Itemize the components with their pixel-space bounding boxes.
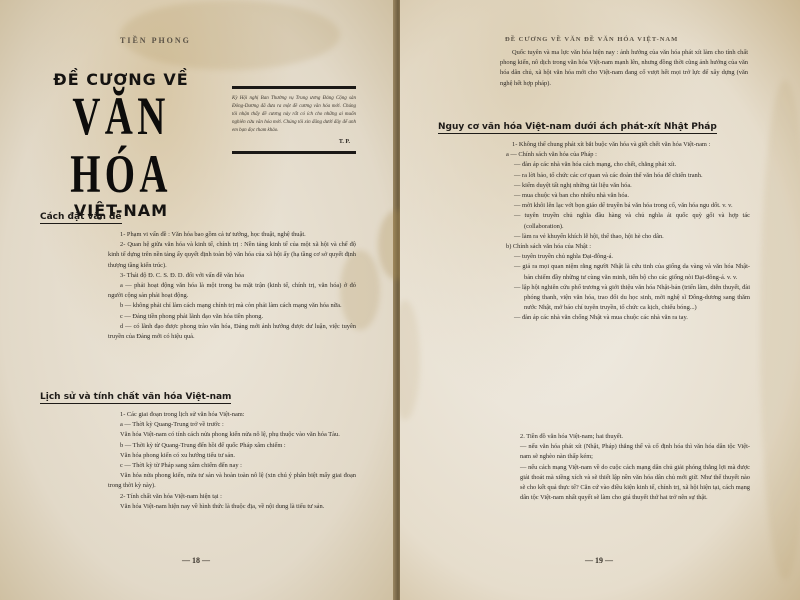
list-item: — đàn áp các nhà văn chống Nhật và mua c… — [500, 313, 750, 323]
paragraph: a — Thời kỳ Quang-Trung trở về trước : — [108, 420, 356, 430]
paragraph: Văn hóa phong kiến có xu hướng tiểu tư s… — [108, 451, 356, 461]
paragraph: c — Thời kỳ từ Pháp sang xâm chiếm đến n… — [108, 461, 356, 471]
paragraph: 1- Các giai đoạn trong lịch sử văn hóa V… — [108, 410, 356, 420]
paragraph: 1- Không thể chung phát xít bắt buộc văn… — [500, 140, 750, 150]
list-item: — đàn áp các nhà văn hóa cách mạng, cho … — [500, 160, 750, 170]
paragraph: d — có lãnh đạo được phong trào văn hóa,… — [108, 322, 356, 342]
paragraph: Văn hóa Việt-nam hiện nay về hình thức l… — [108, 502, 356, 512]
list-item: — tuyên truyền chủ nghĩa đầu hàng và chủ… — [500, 211, 750, 231]
title-line-2: VĂN HÓA — [60, 87, 182, 203]
editor-note-box: Kỳ Hội nghị Ban Thường vụ Trung ương Đản… — [232, 86, 356, 154]
list-item: — nếu văn hóa phát xít (Nhật, Pháp) thắn… — [520, 442, 750, 462]
section-body: 1- Không thể chung phát xít bắt buộc văn… — [500, 140, 750, 324]
section-heading: Cách đặt vấn đề — [40, 212, 122, 224]
list-item: — tuyên truyền chủ nghĩa Đại-đông-á. — [500, 252, 750, 262]
right-page: ĐỀ CƯƠNG VỀ VĂN ĐỀ VĂN HÓA VIỆT-NAM Quốc… — [400, 0, 800, 600]
paragraph: a — Chính sách văn hóa của Pháp : — [500, 150, 750, 160]
paragraph: 2- Tính chất văn hóa Việt-nam hiện tại : — [108, 492, 356, 502]
paragraph: 2. Tiền đồ văn hóa Việt-nam; hai thuyết. — [520, 432, 750, 442]
divider — [232, 151, 356, 154]
paragraph: a — phải hoạt động văn hóa là một trong … — [108, 281, 356, 301]
list-item: — giả ra mọi quan niệm rằng người Nhật l… — [500, 262, 750, 282]
paper-stain — [400, 300, 420, 420]
page-number: — 19 — — [585, 556, 613, 565]
article-title: ĐỀ CƯƠNG VỀ VĂN HÓA VIỆT-NAM — [36, 70, 206, 220]
book-spread: TIỀN PHONG ĐỀ CƯƠNG VỀ VĂN HÓA VIỆT-NAM … — [0, 0, 800, 600]
section-heading: Lịch sử và tính chất văn hóa Việt-nam — [40, 392, 231, 404]
paragraph: Văn hóa Việt-nam có tính cách nửa phong … — [108, 430, 356, 440]
section-body: 1- Các giai đoạn trong lịch sử văn hóa V… — [108, 410, 356, 512]
left-page: TIỀN PHONG ĐỀ CƯƠNG VỀ VĂN HÓA VIỆT-NAM … — [0, 0, 397, 600]
paragraph: b — không phải chỉ làm cách mạng chính t… — [108, 301, 356, 311]
section-body: 2. Tiền đồ văn hóa Việt-nam; hai thuyết.… — [520, 432, 750, 503]
list-item: — ra lời bảo, tổ chức các cơ quan và các… — [500, 171, 750, 181]
paragraph: Quốc tuyên và ma lực văn hóa hiện nay : … — [500, 48, 748, 89]
paper-stain — [760, 80, 800, 580]
running-head: ĐỀ CƯƠNG VỀ VĂN ĐỀ VĂN HÓA VIỆT-NAM — [505, 36, 678, 43]
paragraph: 3- Thái độ Đ. C. S. Đ. D. đối với vấn đề… — [108, 271, 356, 281]
editor-note-text: Kỳ Hội nghị Ban Thường vụ Trung ương Đản… — [232, 89, 356, 137]
section-body: 1- Phạm vi vấn đề : Văn hóa bao gồm cả t… — [108, 230, 356, 342]
list-item: — nếu cách mạng Việt-nam về do cuộc cách… — [520, 463, 750, 504]
list-item: — kiểm duyệt tất nghị những tài liệu văn… — [500, 181, 750, 191]
list-item: — lập hội nghiên cứu phổ trương và giới … — [500, 283, 750, 314]
paragraph: c — Đảng tiền phong phải lãnh đạo văn hó… — [108, 312, 356, 322]
editor-note-signature: T. P. — [232, 137, 356, 151]
intro-body: Quốc tuyên và ma lực văn hóa hiện nay : … — [500, 48, 748, 89]
paper-stain — [120, 0, 340, 70]
page-number: — 18 — — [182, 556, 210, 565]
list-item: — mua chuộc và ban cho nhiều nhà văn hóa… — [500, 191, 750, 201]
paragraph: Văn hóa nửa phong kiến, nửa tư sản và ho… — [108, 471, 356, 491]
running-head: TIỀN PHONG — [120, 36, 191, 45]
section-heading: Nguy cơ văn hóa Việt-nam dưới ách phát-x… — [438, 122, 717, 134]
paragraph: 2- Quan hệ giữa văn hóa và kinh tế, chín… — [108, 240, 356, 271]
list-item: — mời khôi lên lạc với bọn giáo dể truyề… — [500, 201, 750, 211]
list-item: — làm ra vẻ khuyến khích lễ hội, thể tha… — [500, 232, 750, 242]
paragraph: b — Thời kỳ từ Quang-Trung đến hồi đế qu… — [108, 441, 356, 451]
paragraph: b) Chính sách văn hóa của Nhật : — [500, 242, 750, 252]
paragraph: 1- Phạm vi vấn đề : Văn hóa bao gồm cả t… — [108, 230, 356, 240]
